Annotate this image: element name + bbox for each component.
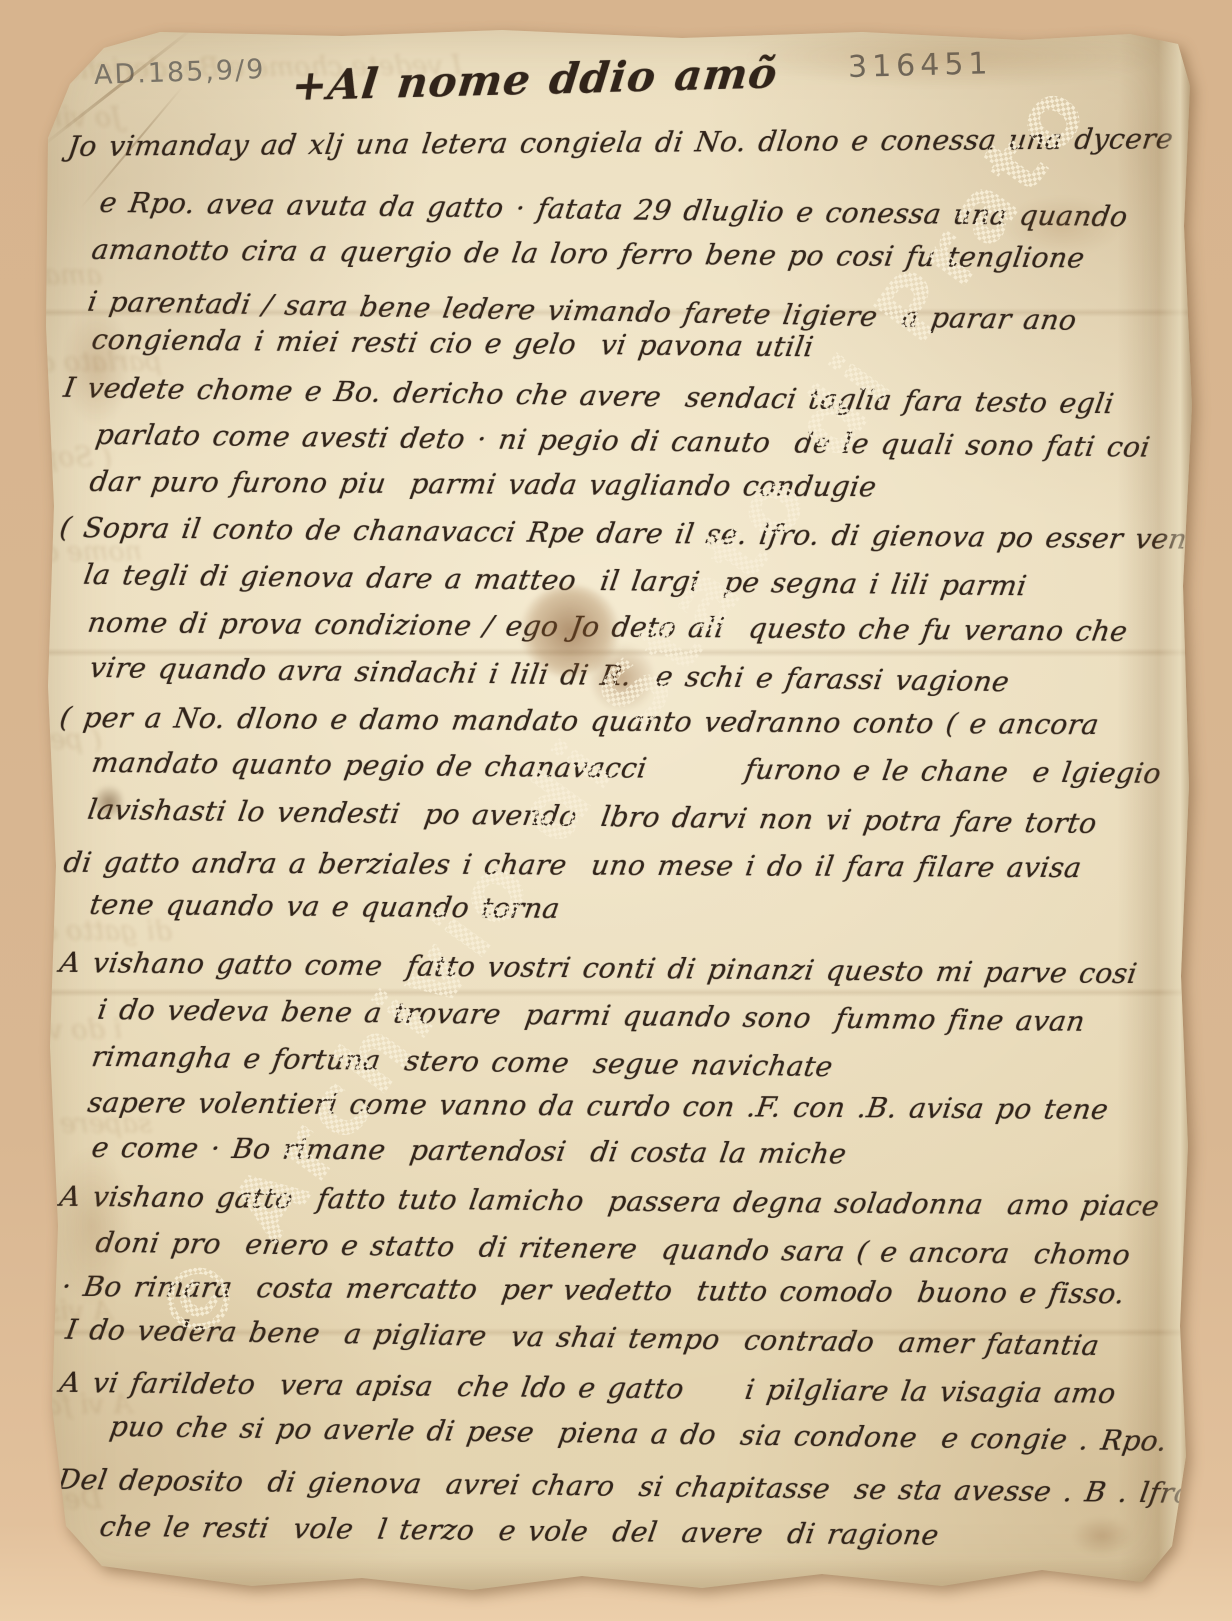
manuscript-paper-shadow: I vedete chome e Bo. dericho che avere s… [42, 26, 1192, 1598]
ink-line: e come · Bo rimane partendosi di costa l… [90, 1133, 849, 1169]
stain [52, 1146, 132, 1306]
ink-line: sapere volentieri come vanno da curdo co… [86, 1088, 1110, 1124]
ink-line: Del deposito di gienova avrei charo si c… [56, 1465, 1194, 1508]
stain [95, 782, 123, 822]
page-bottom-shade [42, 1558, 1192, 1598]
ink-line: A vishano gatto come fatto vostri conti … [58, 948, 1139, 989]
ink-line: che le resti vole l terzo e vole del ave… [98, 1512, 941, 1550]
ink-line: I vedete chome e Bo. dericho che avere s… [62, 373, 1116, 419]
fold-line [42, 308, 1192, 317]
manuscript-paper: I vedete chome e Bo. dericho che avere s… [42, 26, 1192, 1598]
stain [62, 306, 132, 426]
showthrough-line: amanotto cira a quergio de la loro ferro… [0, 256, 102, 289]
page-edge-shade [1118, 26, 1192, 1598]
scanned-letter-page: I vedete chome e Bo. dericho che avere s… [0, 0, 1232, 1621]
ink-line: i do vedeva bene a trovare parmi quando … [96, 995, 1087, 1036]
ink-line: A vi farildeto vera apisa che ldo e gatt… [58, 1368, 1118, 1408]
ink-line: puo che si po averle di pese piena a do … [108, 1412, 1170, 1456]
fold-line [42, 988, 1192, 997]
ink-line: parlato come avesti deto · ni pegio di c… [94, 420, 1152, 462]
letter-heading: +Al nome ddio amõ [289, 51, 780, 108]
ink-line: rimangha e fortuna stero come segue navi… [90, 1042, 835, 1082]
ink-line: congienda i miei resti cio e gelo vi pav… [90, 325, 816, 362]
ink-line: ( Sopra il conto de chanavacci Rpe dare … [58, 513, 1232, 555]
